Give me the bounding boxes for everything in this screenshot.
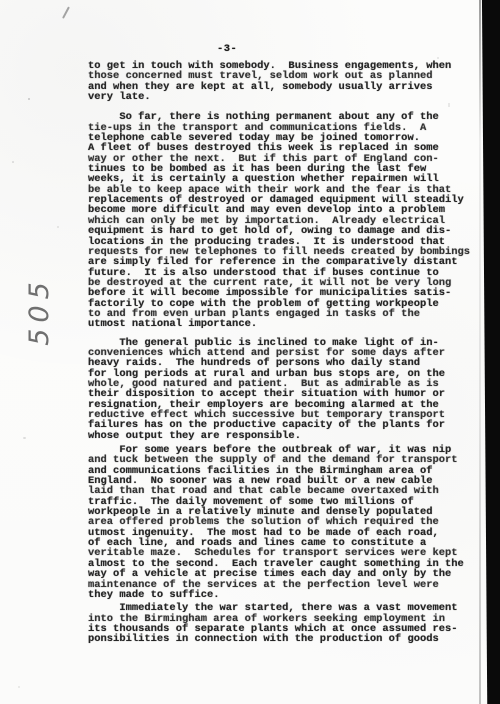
pencil-mark [62, 6, 70, 18]
text-line: before it will become impossible for mun… [88, 288, 488, 298]
scanned-document-page: -3- 505 to get in touch with somebody. B… [0, 0, 500, 704]
text-line: equipment is hard to get hold of, owing … [88, 226, 488, 236]
paragraph: to get in touch with somebody. Business … [88, 61, 488, 102]
text-line: ponsibilities in connection with the pro… [88, 634, 488, 644]
paragraph: For some years before the outbreak of wa… [88, 445, 488, 600]
scan-speck [437, 57, 439, 59]
text-line: Immediately the war started, there was a… [88, 603, 488, 613]
paragraph: Immediately the war started, there was a… [88, 603, 488, 644]
text-line: whose output they are responsible. [88, 431, 488, 441]
document-body: to get in touch with somebody. Business … [88, 61, 488, 645]
paragraph: The general public is inclined to make l… [88, 338, 488, 441]
scan-speck [18, 686, 20, 688]
text-line: they made to suffice. [88, 590, 488, 600]
scan-speck [28, 98, 30, 100]
paper-edge-line [479, 0, 481, 704]
paragraph: So far, there is nothing permanent about… [88, 112, 488, 329]
text-line: way of a vehicle at precise times each d… [88, 569, 488, 579]
page-number: -3- [217, 43, 237, 55]
margin-annotation: 505 [24, 264, 54, 358]
text-line: very late. [88, 92, 488, 102]
scan-speck [23, 437, 26, 439]
scan-speck [448, 103, 450, 107]
text-line: are simply filed for reference in the co… [88, 257, 488, 267]
scan-speck [12, 161, 14, 163]
scan-speck [57, 226, 59, 228]
text-line: utmost national importance. [88, 319, 488, 329]
